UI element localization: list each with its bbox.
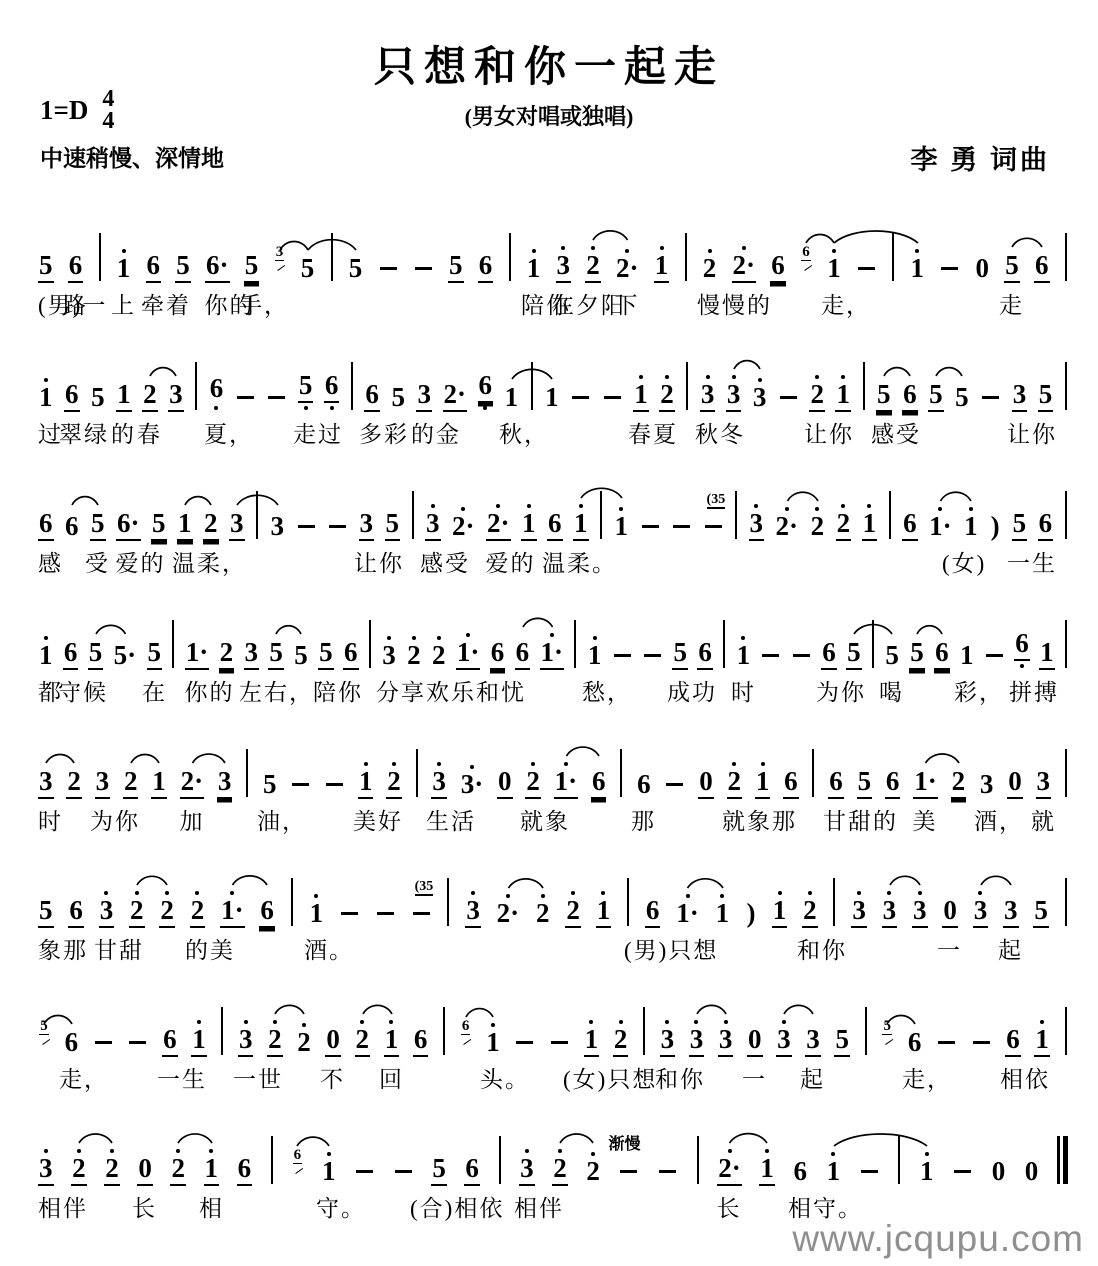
note-number: 5: [1033, 896, 1049, 928]
grace-note: 5: [38, 1019, 50, 1043]
note-number: 6: [461, 1019, 471, 1035]
dash-glyph: [705, 525, 722, 529]
note-number: 1·: [456, 638, 481, 670]
note-token: 5: [90, 383, 106, 412]
dash-glyph: [938, 1041, 955, 1045]
lyric-segment: 秋冬: [695, 416, 745, 449]
barline: [865, 1007, 867, 1055]
note-token: 3: [244, 638, 260, 670]
note-token: 2·: [717, 1147, 742, 1186]
note-number: 1: [1034, 1025, 1050, 1057]
octave-dot: [831, 1152, 835, 1156]
dash-glyph: [793, 654, 810, 658]
octave-dot: [832, 249, 836, 253]
octave-dot: [214, 406, 218, 410]
note-number: 3: [776, 1025, 792, 1057]
duration-dash: [514, 1028, 535, 1058]
octave-dot: [197, 1020, 201, 1024]
duration-dash: [324, 770, 345, 800]
octave-dot: [110, 1149, 114, 1153]
octave-dot: [732, 375, 736, 379]
note-number: 6: [907, 1028, 923, 1057]
music-line: 561656·5355561322·122·6611056(男)一路上牵着你的手…: [38, 207, 1068, 319]
lyric-segment: 的: [111, 416, 136, 449]
note-number: 5: [300, 254, 316, 283]
note-token: 1·: [220, 889, 245, 928]
note-token: 2: [267, 1018, 283, 1057]
lyric-segment: 的美: [185, 932, 235, 965]
octave-dot: [591, 1152, 595, 1156]
note-number: 6: [237, 1154, 253, 1186]
duration-dash: [290, 770, 311, 800]
note-token: 6: [1005, 1025, 1021, 1057]
barline: [1065, 362, 1067, 410]
grace-flag: [274, 260, 285, 271]
note-number: 3: [660, 1025, 676, 1057]
note-token: 1: [38, 634, 54, 670]
octave-dot: [593, 636, 597, 640]
lyric-segment: 甘甜: [94, 932, 144, 965]
lyric-segment: 牵着: [141, 287, 191, 320]
slur-arc: [233, 876, 268, 885]
octave-dot: [470, 765, 474, 769]
note-token: 5: [147, 638, 163, 670]
note-token: 5: [244, 251, 260, 283]
note-token: 1: [755, 760, 771, 799]
note-token: 1: [862, 502, 878, 541]
note-number: 1: [177, 509, 193, 541]
note-token: 1: [116, 380, 132, 412]
duration-dash: [296, 512, 317, 542]
note-number: 2: [386, 767, 402, 799]
octave-dot: [44, 636, 48, 640]
note-number: 2: [296, 1028, 312, 1057]
note-token: 1: [573, 502, 589, 541]
dash-glyph: [673, 525, 690, 529]
note-token: 6: [515, 638, 531, 670]
key-signature: 1=D 4 4: [40, 88, 114, 132]
note-token: 2: [71, 1147, 87, 1186]
note-number: 2: [659, 380, 675, 412]
note-number: 6: [413, 1025, 429, 1057]
slur-arc: [981, 876, 1011, 885]
note-number: 0: [991, 1157, 1007, 1186]
note-token: 2: [727, 760, 743, 799]
note-number: 2: [585, 1157, 601, 1186]
note-number: 2: [190, 896, 206, 928]
note-number: 3: [805, 1025, 821, 1057]
note-number: 1: [309, 899, 325, 928]
note-token: 5: [268, 638, 284, 670]
dash-glyph: [356, 1170, 373, 1174]
duration-dash: [778, 383, 799, 413]
dash-glyph: [129, 1041, 146, 1045]
note-number: 1·: [554, 767, 579, 799]
note-number: 2: [836, 509, 852, 541]
note-number: 3: [556, 251, 572, 283]
octave-dot: [741, 636, 745, 640]
note-token: 2: [159, 889, 175, 928]
note-token: 3: [689, 1018, 705, 1057]
note-token: 6·: [116, 509, 141, 541]
lyric-segment: 路: [63, 287, 88, 320]
note-token: ): [989, 512, 1001, 541]
note-number: 2·: [486, 509, 511, 541]
note-token: 6: [162, 1025, 178, 1057]
note-number: 1: [715, 899, 731, 928]
note-number: 1: [633, 380, 649, 412]
octave-dot: [230, 891, 234, 895]
note-number: 2·: [732, 251, 757, 283]
duration-dash: [664, 770, 685, 800]
note-token: 5: [1038, 380, 1054, 412]
note-token: 6: [885, 767, 901, 799]
note-token: 1: [919, 1150, 935, 1186]
note-token: 1: [358, 760, 374, 799]
note-number: 2: [535, 899, 551, 928]
note-token: 1: [309, 892, 325, 928]
lyric-segment: 春: [137, 416, 162, 449]
note-number: 6: [636, 770, 652, 799]
music-line: 5632221·61(3532·22161·1)123330335象那甘甜的美酒…: [38, 852, 1068, 964]
slur-arc: [185, 497, 211, 505]
rest-note: 0: [975, 254, 991, 283]
note-number: 6: [801, 245, 811, 261]
slur-arc: [276, 626, 301, 634]
octave-dot: [938, 507, 942, 511]
note-number: 5: [90, 509, 106, 541]
dash-glyph: [620, 1170, 637, 1174]
note-token: 1: [521, 502, 537, 541]
lyric-segment: 加: [180, 803, 205, 836]
slur-arc: [806, 234, 834, 243]
duration-dash: [671, 512, 692, 542]
notes-row: 5632221·61(3532·22161·1)123330335: [38, 852, 1068, 928]
note-token: 1: [116, 247, 132, 283]
lyric-segment: 走，: [821, 287, 871, 320]
lyric-segment: 彩，: [954, 674, 1004, 707]
octave-dot: [1020, 664, 1024, 668]
octave-dot: [561, 246, 565, 250]
lyric-segment: 就: [1031, 803, 1056, 836]
note-token: 2: [431, 634, 447, 670]
octave-dot: [437, 636, 441, 640]
lyric-segment: 和你: [797, 932, 847, 965]
music-line: 32202166156322渐慢2·161100相伴长相守。(合)相依相伴长相守…: [38, 1110, 1068, 1222]
lyric-segment: 酒。: [304, 932, 354, 965]
note-token: 5: [300, 254, 316, 283]
slur-arc: [193, 754, 226, 763]
note-token: 5: [38, 251, 54, 283]
note-number: 6: [645, 896, 661, 928]
barline: [892, 233, 894, 281]
note-number: 3: [381, 641, 397, 670]
barline: [443, 1007, 445, 1055]
lyric-segment: (男)只想: [624, 932, 718, 965]
note-token: 6: [146, 251, 162, 283]
octave-dot: [412, 636, 416, 640]
note-token: 1: [835, 373, 851, 412]
barline: [643, 1007, 645, 1055]
note-token: 2·: [732, 244, 757, 283]
octave-dot: [496, 504, 500, 508]
barline: [271, 1136, 273, 1184]
note-number: 6·: [116, 509, 141, 541]
lyric-segment: 你的: [185, 674, 235, 707]
note-number: 2·: [451, 512, 476, 541]
barline: [99, 233, 101, 281]
note-number: ): [745, 899, 756, 928]
note-number: 5: [448, 251, 464, 283]
lyric-segment: (女): [942, 545, 986, 578]
note-token: 6: [828, 767, 844, 799]
note-number: 1: [910, 254, 926, 283]
slur-arc: [734, 361, 760, 369]
note-token: 2·: [451, 505, 476, 541]
note-token: 5: [262, 770, 278, 799]
octave-dot: [506, 894, 510, 898]
octave-dot: [564, 762, 568, 766]
note-number: 3: [229, 509, 245, 541]
note-token: 6: [490, 638, 506, 670]
barline: [685, 233, 687, 281]
octave-dot: [541, 894, 545, 898]
note-token: 2·: [180, 767, 205, 799]
note-token: 6: [324, 371, 340, 412]
note-token: 6: [591, 767, 607, 799]
note-token: 2: [66, 767, 82, 799]
note-token: 6: [237, 1154, 253, 1186]
note-number: 3: [168, 380, 184, 412]
barline: [221, 1007, 223, 1055]
note-number: 6: [64, 380, 80, 412]
octave-dot: [639, 375, 643, 379]
note-number: 5: [262, 770, 278, 799]
barline: [898, 1136, 900, 1184]
duration-dash: [612, 641, 633, 671]
dash-glyph: [516, 1041, 533, 1045]
note-number: 3: [752, 383, 768, 412]
note-number: 1·: [913, 767, 938, 799]
note-token: 3: [425, 502, 441, 541]
duration-dash: [939, 254, 960, 284]
note-number: 2·: [443, 380, 468, 412]
slur-arc: [834, 1134, 927, 1146]
lyric-segment: 相依: [1000, 1061, 1050, 1094]
lyric-segment: 受: [85, 545, 110, 578]
lyric-segment: 就象: [520, 803, 570, 836]
octave-dot: [815, 375, 819, 379]
duration-dash: [640, 512, 661, 542]
note-number: ): [990, 512, 1001, 541]
lyric-segment: 温柔，: [172, 545, 247, 578]
lyric-segment: 拼搏: [1009, 674, 1059, 707]
note-token: 2: [203, 509, 219, 541]
note-number: 0: [975, 254, 991, 283]
lyrics-row: 象那甘甜的美酒。(男)只想和你一起: [38, 932, 1068, 964]
note-number: 1·: [185, 638, 210, 670]
note-number: 6: [515, 638, 531, 670]
note-number: 2: [267, 1025, 283, 1057]
note-token: 1·: [554, 760, 579, 799]
lyrics-row: 走，一生一世不回头。(女)只想和你一起走，相依: [38, 1061, 1068, 1093]
lyrics-row: 都守候在你的左右，陪你分享欢乐和忧愁，成功时为你喝彩，拼搏: [38, 674, 1068, 706]
note-token: 5: [318, 638, 334, 670]
lyric-segment: 相: [199, 1190, 224, 1223]
lyric-segment: 左右，: [239, 674, 314, 707]
note-number: 2: [565, 896, 581, 928]
note-token: 5: [1012, 509, 1028, 541]
tempo-annotation: 渐慢: [608, 1131, 640, 1154]
note-number: 3: [275, 245, 285, 261]
octave-dot: [918, 891, 922, 895]
slur-arc: [936, 368, 962, 376]
note-token: 6: [64, 1028, 80, 1057]
note-token: 2·: [775, 505, 800, 541]
note-number: 5: [38, 896, 54, 928]
slur-arc: [150, 368, 176, 376]
grace-note: 6: [460, 1019, 472, 1043]
octave-dot: [461, 507, 465, 511]
barline: [256, 491, 258, 539]
note-token: 5·: [113, 641, 138, 670]
note-token: 3: [973, 889, 989, 928]
lyric-segment: 美: [913, 803, 938, 836]
duration-dash: 渐慢: [618, 1157, 639, 1187]
note-token: 3: [912, 889, 928, 928]
note-token: 1·: [185, 638, 210, 670]
note-token: 1: [38, 376, 54, 412]
barline: [195, 362, 197, 410]
note-number: 2: [170, 1154, 186, 1186]
lyric-segment: 感: [38, 545, 63, 578]
lyric-segment: 为你: [816, 674, 866, 707]
note-number: 2: [809, 380, 825, 412]
note-number: 1: [826, 1157, 842, 1186]
note-number: 5: [88, 638, 104, 670]
note-token: 1: [654, 244, 670, 283]
note-number: 2·: [496, 899, 521, 928]
note-token: 2: [525, 760, 541, 799]
lyric-segment: 的金: [411, 416, 461, 449]
note-number: 5: [39, 1019, 49, 1035]
dash-glyph: [614, 654, 631, 658]
note-number: 3: [1036, 767, 1052, 799]
octave-dot: [483, 406, 487, 410]
note-number: 6: [68, 896, 84, 928]
octave-dot: [887, 891, 891, 895]
dash-glyph: [659, 1170, 676, 1174]
lyric-segment: 一: [742, 1061, 767, 1094]
note-number: 1: [654, 251, 670, 283]
note-number: 2·: [775, 512, 800, 541]
note-token: 2: [951, 767, 967, 799]
dash-glyph: [780, 396, 797, 400]
note-token: 3: [381, 634, 397, 670]
note-number: 1: [544, 383, 560, 412]
octave-dot: [708, 249, 712, 253]
dash-glyph: [415, 267, 432, 271]
duration-dash: [327, 512, 348, 542]
duration-dash: [549, 1028, 570, 1058]
barline: [412, 491, 414, 539]
note-token: 5: [909, 638, 925, 670]
rest-note: 0: [325, 1025, 341, 1057]
note-number: 3: [979, 770, 995, 799]
lyric-segment: 愁，: [582, 674, 632, 707]
note-token: 2: [836, 502, 852, 541]
note-number: 6: [478, 371, 494, 403]
note-number: 1: [919, 1157, 935, 1186]
dash-glyph: [237, 396, 254, 400]
octave-dot: [782, 1020, 786, 1024]
note-number: 6: [64, 1028, 80, 1057]
grace-flag: [38, 1034, 49, 1045]
note-token: 2: [406, 634, 422, 670]
lyric-segment: 让你: [1007, 416, 1057, 449]
note-number: 3: [973, 896, 989, 928]
octave-dot: [209, 1149, 213, 1153]
notes-row: 32202166156322渐慢2·161100: [38, 1110, 1068, 1186]
lyric-segment: 守候: [58, 674, 108, 707]
note-number: 2·: [615, 254, 640, 283]
lyric-segment: 爱的: [486, 545, 536, 578]
note-token: 6: [645, 896, 661, 928]
note-token: 5: [884, 641, 900, 670]
note-number: 3: [718, 1025, 734, 1057]
octave-dot: [665, 375, 669, 379]
note-number: 2: [810, 512, 826, 541]
note-number: 6: [697, 638, 713, 670]
note-token: 6: [636, 770, 652, 799]
lyric-segment: 多彩: [359, 416, 409, 449]
note-number: 1: [1039, 638, 1055, 670]
note-token: 5: [151, 509, 167, 541]
lyrics-row: 感受爱的温柔，让你感受爱的温柔。(女)一生: [38, 545, 1068, 577]
note-token: 1: [321, 1150, 337, 1186]
dash-glyph: [95, 1041, 112, 1045]
dash-glyph: [982, 396, 999, 400]
octave-dot: [728, 1149, 732, 1153]
grace-flag: [882, 1034, 893, 1045]
note-number: 6: [490, 638, 506, 670]
notes-row: 6656·512333532·2·1611(3532·22161·1)56: [38, 465, 1068, 541]
note-number: 6: [343, 638, 359, 670]
barline: [889, 491, 891, 539]
note-token: 3: [979, 770, 995, 799]
note-number: 5: [1012, 509, 1028, 541]
note-number: 1·: [675, 899, 700, 928]
note-token: 5: [90, 509, 106, 541]
barline: [697, 1136, 699, 1184]
note-token: 1: [736, 634, 752, 670]
octave-dot: [491, 1023, 495, 1027]
note-number: 5: [268, 638, 284, 670]
note-token: 5: [846, 638, 862, 670]
note-number: 3: [700, 380, 716, 412]
octave-dot: [925, 1152, 929, 1156]
octave-dot: [619, 507, 623, 511]
duration-dash: [375, 899, 396, 929]
lyric-segment: 让你: [354, 545, 404, 578]
note-token: 6: [478, 371, 494, 412]
note-token: 1: [584, 1018, 600, 1057]
note-token: 3: [700, 373, 716, 412]
dash-glyph: [762, 654, 779, 658]
note-token: 5: [834, 1025, 850, 1057]
note-token: 3: [416, 380, 432, 412]
dash-glyph: [551, 1041, 568, 1045]
